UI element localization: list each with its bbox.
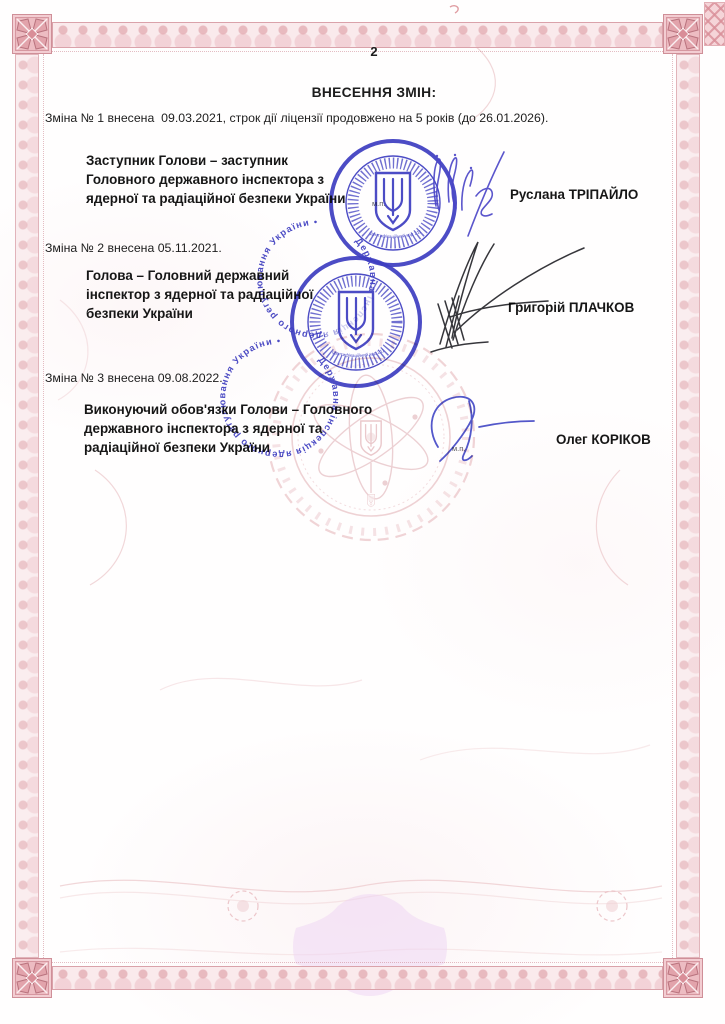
amendment-1-official-name: Руслана ТРІПАЙЛО [510,187,638,202]
page-number: 2 [48,44,700,59]
border-band-bottom [52,966,663,990]
signature-1 [434,152,504,236]
seal-place-label-2: м.п. [452,444,465,453]
amendments-heading: ВНЕСЕННЯ ЗМІН: [48,85,700,100]
border-band-left [15,54,39,958]
amendment-2-note: Зміна № 2 внесена 05.11.2021. [45,241,222,255]
title-line: Голова – Головний державний [86,266,313,285]
title-line: Головного державного інспектора з [86,170,345,189]
amendment-2-official-title: Голова – Головний державний інспектор з … [86,266,313,323]
title-line: Виконуючий обов'язки Голови – Головного [84,400,372,419]
amendment-1-note: Зміна № 1 внесена 09.03.2021, строк дії … [45,111,548,125]
title-line: радіаційної безпеки України [84,438,372,457]
svg-text:ідентифікаційний код 2112: ідентифікаційний код 2112 [332,318,386,358]
scanned-license-page: 2 ВНЕСЕННЯ ЗМІН: Зміна № 1 внесена 09.03… [0,0,725,1024]
amendment-3-official-name: Олег КОРІКОВ [556,432,651,447]
border-hairline-bottom [52,962,663,963]
corner-rosette-top-left [12,14,52,54]
seal-place-label-1: м.п. [372,199,385,208]
title-line: інспектор з ядерної та радіаційної [86,285,313,304]
border-band-right [676,54,700,958]
watermark-rosettes [228,891,627,921]
amendment-3-official-title: Виконуючий обов'язки Голови – Головного … [84,400,372,457]
stamp-code-text: ідентифікаційний код 2112 [332,318,386,358]
scan-edge-fragment [704,2,725,46]
amendment-2-official-name: Григорій ПЛАЧКОВ [508,300,634,315]
signature-3 [432,397,534,461]
signature-2 [431,242,584,352]
title-line: безпеки України [86,304,313,323]
amendment-1-official-title: Заступник Голови – заступник Головного д… [86,151,345,208]
corner-rosette-bottom-right [663,958,703,998]
corner-rosette-bottom-left [12,958,52,998]
amendment-3-note: Зміна № 3 внесена 09.08.2022. [45,371,223,385]
title-line: Заступник Голови – заступник [86,151,345,170]
trident-emblem-icon [339,292,373,349]
scan-artifact-mark [450,6,458,13]
title-line: ядерної та радіаційної безпеки України [86,189,345,208]
border-hairline-left [43,54,44,958]
border-hairline-right [672,54,673,958]
title-line: державного інспектора з ядерної та [84,419,372,438]
